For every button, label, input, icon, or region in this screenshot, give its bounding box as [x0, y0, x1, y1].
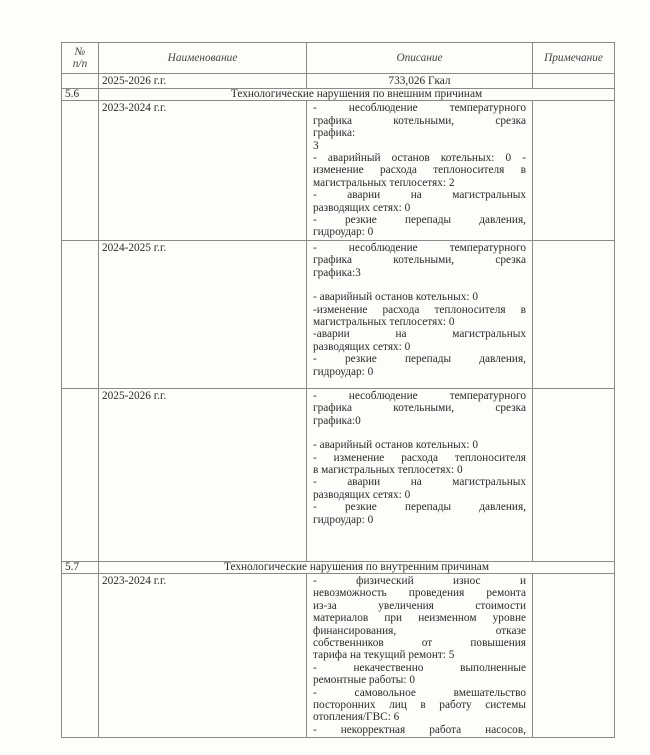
desc-line: - резкие перепады давления, — [313, 214, 526, 226]
desc-line: ремонтные работы: 0 — [313, 674, 526, 686]
desc-line: - аварийный останов котельных: 0 — [313, 439, 526, 451]
desc-line: -изменение расхода теплоносителя в — [313, 304, 526, 316]
row-name: 2023-2024 г.г. — [99, 101, 307, 240]
desc-line: - аварийный останов котельных: 0 — [313, 291, 526, 303]
desc-line: магистральных теплосетях: 0 — [313, 316, 526, 328]
desc-line: тарифа на текущий ремонт: 5 — [313, 649, 526, 661]
section-row: 5.6 Технологические нарушения по внешним… — [62, 89, 615, 101]
desc-gap — [313, 427, 526, 439]
table-header-row: №п/п Наименование Описание Примечание — [62, 43, 615, 74]
desc-line: - несоблюдение температурного — [313, 242, 526, 254]
row-note — [533, 388, 615, 561]
row-name: 2025-2026 г.г. — [99, 74, 307, 89]
header-number: №п/п — [62, 43, 99, 74]
table-row: 2025-2026 г.г. 733,026 Гкал — [62, 74, 615, 89]
desc-line: разводящих сетях: 0 — [313, 489, 526, 501]
desc-line: магистральных теплосетях: 2 — [313, 177, 526, 189]
desc-line: собственников от повышения — [313, 637, 526, 649]
desc-line: графика котельными, срезка — [313, 115, 526, 127]
row-number — [62, 240, 99, 388]
table-row: 2023-2024 г.г. - несоблюдение температур… — [62, 101, 615, 240]
header-number-line2: п/п — [73, 58, 87, 70]
section-title: Технологические нарушения по внешним при… — [99, 89, 615, 101]
desc-line: - аварии на магистральных — [313, 189, 526, 201]
table-row: 2025-2026 г.г. - несоблюдение температур… — [62, 388, 615, 561]
desc-line: - физический износ и — [313, 575, 526, 587]
desc-line: гидроудар: 0 — [313, 226, 526, 238]
desc-line: в магистральных теплосетях: 0 — [313, 464, 526, 476]
desc-line: посторонних лиц в работу системы — [313, 699, 526, 711]
desc-line: гидроудар: 0 — [313, 366, 526, 378]
desc-line: 3 — [313, 140, 526, 152]
desc-line: - резкие перепады давления, — [313, 501, 526, 513]
row-description: - физический износ и невозможность прове… — [307, 573, 533, 737]
desc-line: - аварии на магистральных — [313, 476, 526, 488]
header-note: Примечание — [533, 43, 615, 74]
row-number — [62, 388, 99, 561]
section-number: 5.7 — [62, 561, 99, 573]
desc-line: гидроудар: 0 — [313, 514, 526, 526]
desc-gap — [313, 279, 526, 291]
section-row: 5.7 Технологические нарушения по внутрен… — [62, 561, 615, 573]
desc-line: - некачественно выполненные — [313, 662, 526, 674]
document-table: №п/п Наименование Описание Примечание 20… — [61, 42, 615, 738]
desc-line: графика: — [313, 127, 526, 139]
desc-line: отопления/ГВС: 6 — [313, 711, 526, 723]
desc-line: - резкие перепады давления, — [313, 353, 526, 365]
table-row: 2024-2025 г.г. - несоблюдение температур… — [62, 240, 615, 388]
desc-line: графика котельными, срезка — [313, 254, 526, 266]
desc-line: невозможность проведения ремонта — [313, 587, 526, 599]
desc-line: - аварийный останов котельных: 0 - — [313, 152, 526, 164]
row-number — [62, 74, 99, 89]
desc-line: изменение расхода теплоносителя в — [313, 164, 526, 176]
desc-line: - некорректная работа насосов, — [313, 724, 526, 736]
row-number — [62, 573, 99, 737]
table-row: 2023-2024 г.г. - физический износ и нево… — [62, 573, 615, 737]
row-name: 2024-2025 г.г. — [99, 240, 307, 388]
row-description: - несоблюдение температурного графика ко… — [307, 101, 533, 240]
row-description: 733,026 Гкал — [307, 74, 533, 89]
desc-line: разводящих сетях: 0 — [313, 341, 526, 353]
header-description: Описание — [307, 43, 533, 74]
desc-line: графика: — [313, 415, 355, 427]
desc-line: -аварии на магистральных — [313, 328, 526, 340]
section-number: 5.6 — [62, 89, 99, 101]
row-name: 2025-2026 г.г. — [99, 388, 307, 561]
desc-line: - изменение расхода теплоносителя — [313, 452, 526, 464]
row-description: - несоблюдение температурного графика ко… — [307, 240, 533, 388]
desc-line: из-за увеличения стоимости — [313, 600, 526, 612]
desc-line: - несоблюдение температурного — [313, 102, 526, 114]
desc-line: графика: — [313, 267, 355, 279]
desc-line: - несоблюдение температурного — [313, 390, 526, 402]
row-note — [533, 240, 615, 388]
desc-line: - самовольное вмешательство — [313, 687, 526, 699]
row-description: - несоблюдение температурного графика ко… — [307, 388, 533, 561]
row-note — [533, 573, 615, 737]
desc-line: материалов при неизменном уровне — [313, 612, 526, 624]
section-title: Технологические нарушения по внутренним … — [99, 561, 615, 573]
row-name: 2023-2024 г.г. — [99, 573, 307, 737]
row-number — [62, 101, 99, 240]
header-name: Наименование — [99, 43, 307, 74]
header-number-line1: № — [75, 46, 86, 58]
desc-line: разводящих сетях: 0 — [313, 202, 526, 214]
row-note — [533, 74, 615, 89]
desc-line: графика котельными, срезка — [313, 402, 526, 414]
desc-line: финансирования, отказе — [313, 625, 526, 637]
row-note — [533, 101, 615, 240]
